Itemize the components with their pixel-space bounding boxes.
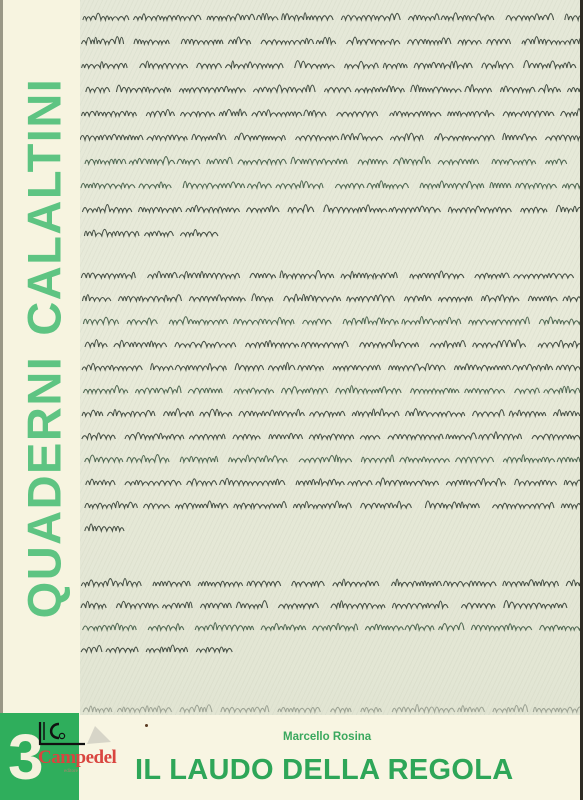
handwriting-line (80, 404, 580, 416)
handwriting-line (80, 473, 580, 485)
handwriting-line (80, 200, 580, 212)
handwriting-line (80, 618, 580, 630)
handwriting-line (80, 312, 580, 324)
handwriting-line (80, 450, 580, 462)
series-title-word-2: CALALTINI (18, 78, 71, 336)
handwriting-line (80, 266, 580, 278)
handwriting-line (80, 574, 580, 586)
handwriting-line (80, 32, 580, 44)
handwriting-line (80, 128, 580, 140)
handwriting-line (80, 104, 580, 116)
handwriting-line (80, 335, 580, 347)
handwriting-line (80, 8, 580, 20)
cover-left-edge (0, 0, 3, 715)
publisher-logo: Campedel editore (34, 720, 114, 780)
handwriting-line (80, 80, 580, 92)
publisher-mark-icon (37, 720, 113, 750)
publisher-name: Campedel (38, 747, 116, 769)
handwriting-line (80, 289, 580, 301)
series-title: QUADERNICALALTINI (17, 68, 72, 629)
paper-speck (145, 724, 148, 727)
handwriting-line (80, 700, 580, 712)
author-name: Marcello Rosina (283, 731, 371, 743)
handwriting-line (80, 427, 580, 439)
handwriting-line (80, 640, 580, 652)
series-title-word-1: QUADERNI (18, 356, 71, 619)
manuscript-image (80, 0, 580, 715)
handwriting-line (80, 152, 580, 164)
handwriting-line (80, 56, 580, 68)
handwriting-line (80, 176, 580, 188)
handwriting-line (80, 381, 580, 393)
book-cover: QUADERNICALALTINI 3 Campedel editore Mar… (0, 0, 583, 800)
publisher-subtitle: editore (64, 769, 78, 774)
handwriting-line (80, 496, 580, 508)
handwriting-line (80, 224, 580, 236)
book-title: IL LAUDO DELLA REGOLA (135, 754, 513, 787)
handwriting-line (80, 596, 580, 608)
handwriting-line (80, 358, 580, 370)
handwriting-line (80, 519, 580, 531)
